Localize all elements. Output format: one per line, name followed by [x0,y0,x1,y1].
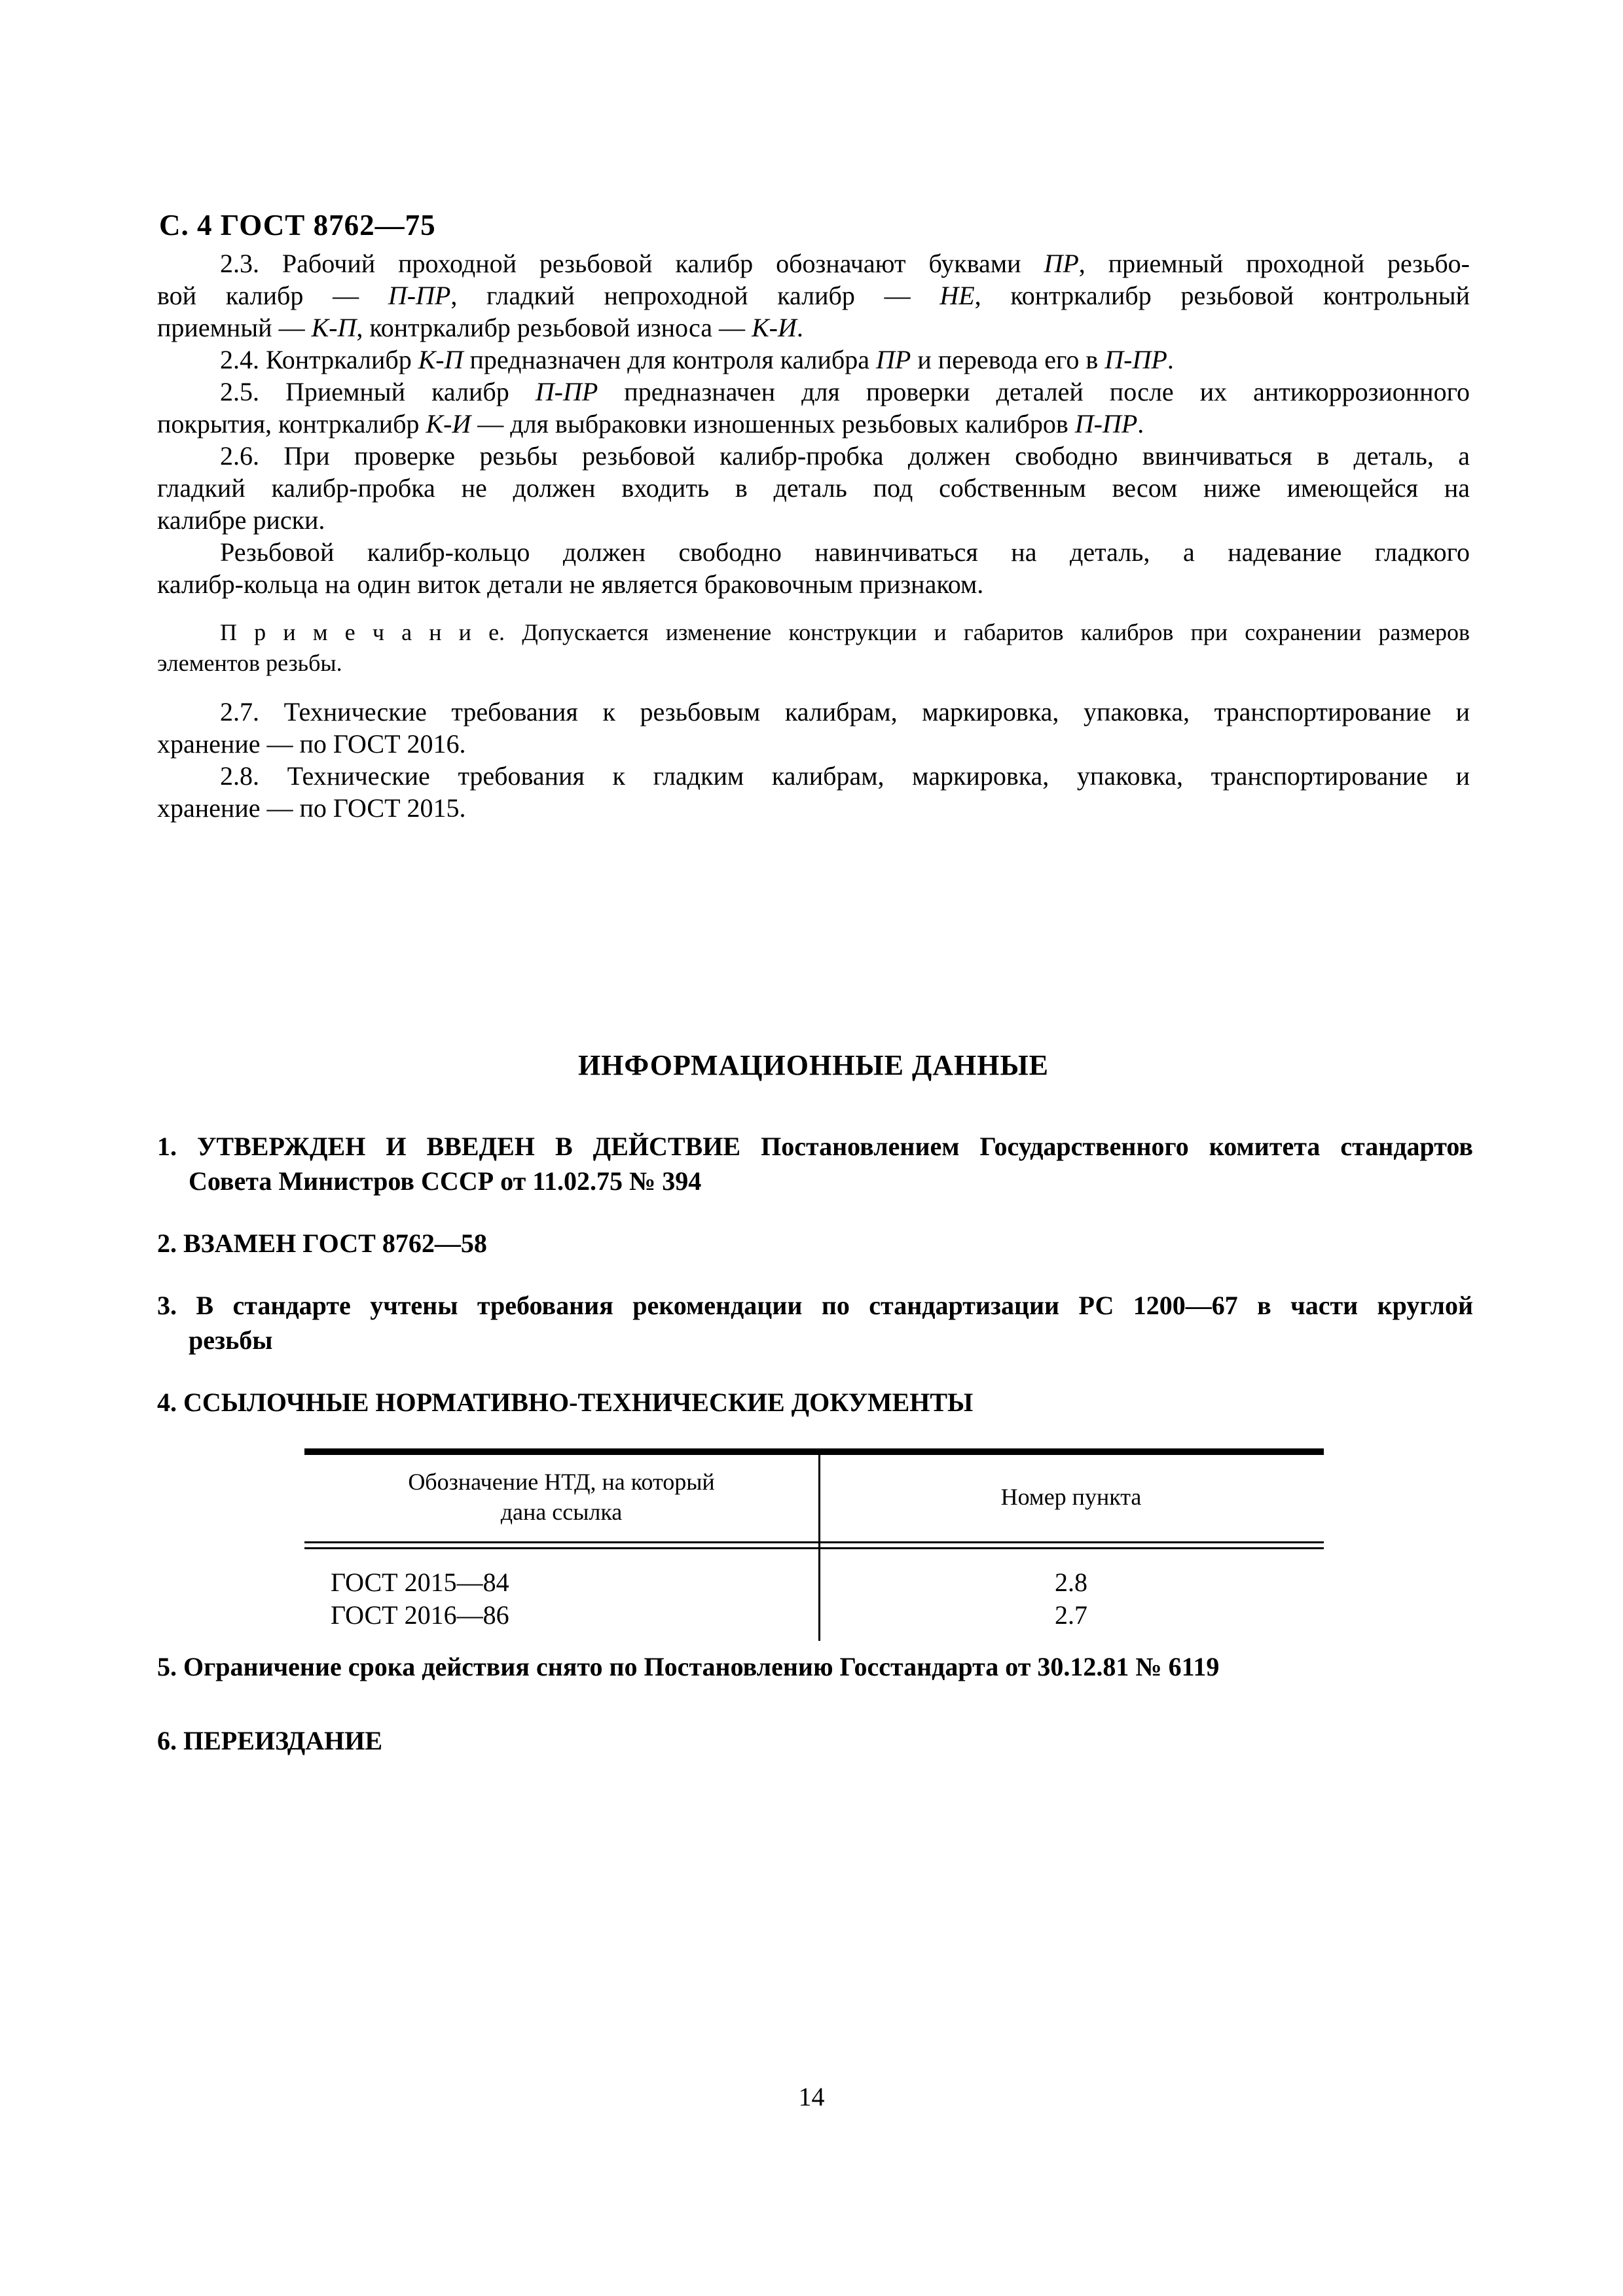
text-segment: резьбы [189,1325,272,1355]
text-line: 2.3. Рабочий проходной резьбовой калибр … [157,247,1470,279]
punkt-number-cell: 2.7 [818,1599,1324,1632]
info-items-1-4: 1. УТВЕРЖДЕН И ВВЕДЕН В ДЕЙСТВИЕ Постано… [157,1129,1473,1420]
text-segment: покрытия, контркалибр [157,409,426,439]
body-paragraph: 2.3. Рабочий проходной резьбовой калибр … [157,247,1470,344]
text-line: элементов резьбы. [157,648,1470,679]
text-segment: предназначен для контроля калибра [464,345,877,374]
ntd-designation-cell: ГОСТ 2015—84 [304,1566,818,1599]
table-col1-header: Обозначение НТД, на который дана ссылка [304,1467,818,1527]
text-line: П р и м е ч а н и е. Допускается изменен… [157,617,1470,648]
document-page: С. 4 ГОСТ 8762—75 2.3. Рабочий проходной… [0,0,1623,2296]
text-line: гладкий калибр-пробка не должен входить … [157,472,1470,504]
text-line: 2.4. Контркалибр К-П предназначен для ко… [157,344,1470,376]
body-paragraph: 2.6. При проверке резьбы резьбовой калиб… [157,440,1470,536]
text-line: Совета Министров СССР от 11.02.75 № 394 [157,1164,1473,1198]
text-segment: Совета Министров СССР от 11.02.75 № 394 [189,1166,701,1196]
text-line: 2.8. Технические требования к гладким ка… [157,760,1470,792]
calibre-designation: П-ПР [1075,409,1138,439]
ntd-designation-cell: ГОСТ 2016—86 [304,1599,818,1632]
text-segment: 2.3. Рабочий проходной резьбовой калибр … [220,249,1044,278]
page-number: 14 [0,2081,1623,2112]
text-line: приемный — К-П, контркалибр резьбовой из… [157,312,1470,344]
table-body: ГОСТ 2015—842.8ГОСТ 2016—862.7 [304,1549,1324,1632]
body-paragraph: 2.4. Контркалибр К-П предназначен для ко… [157,344,1470,376]
text-segment: элементов резьбы. [157,650,342,676]
text-line: 5. Ограничение срока действия снято по П… [157,1649,1473,1684]
text-segment: хранение — по ГОСТ 2016. [157,729,466,759]
text-line: Резьбовой калибр-кольцо должен свободно … [157,536,1470,568]
punkt-number-cell: 2.8 [818,1566,1324,1599]
calibre-designation: ПР [1044,249,1078,278]
calibre-designation: ПР [876,345,911,374]
text-segment: 4. ССЫЛОЧНЫЕ НОРМАТИВНО-ТЕХНИЧЕСКИЕ ДОКУ… [157,1388,973,1417]
text-line: хранение — по ГОСТ 2015. [157,792,1470,824]
table-col1-header-line1: Обозначение НТД, на который [304,1467,818,1497]
info-item: 5. Ограничение срока действия снято по П… [157,1649,1473,1684]
text-segment: Резьбовой калибр-кольцо должен свободно … [220,537,1470,567]
table-header-row: Обозначение НТД, на который дана ссылка … [304,1455,1324,1541]
table-col1-header-line2: дана ссылка [304,1497,818,1527]
text-segment: 5. Ограничение срока действия снято по П… [157,1652,1219,1681]
text-segment: . [1167,345,1174,374]
info-item: 6. ПЕРЕИЗДАНИЕ [157,1723,1473,1758]
text-segment: 2.7. Технические требования к резьбовым … [220,697,1470,726]
text-line: калибр-кольца на один виток детали не яв… [157,568,1470,600]
calibre-designation: К-И [426,409,471,439]
text-line: хранение — по ГОСТ 2016. [157,728,1470,760]
text-line: 6. ПЕРЕИЗДАНИЕ [157,1723,1473,1758]
body-paragraph: 2.8. Технические требования к гладким ка… [157,760,1470,824]
text-segment: 2.8. Технические требования к гладким ка… [220,761,1470,791]
text-segment: П р и м е ч а н и е. Допускается изменен… [220,619,1470,645]
text-segment: приемный — [157,313,312,342]
calibre-designation: П-ПР [536,377,598,406]
page-header: С. 4 ГОСТ 8762—75 [159,208,436,242]
text-segment: . [1137,409,1144,439]
reference-documents-table: Обозначение НТД, на который дана ссылка … [304,1448,1324,1641]
text-segment: 3. В стандарте учтены требования рекомен… [157,1291,1473,1320]
section-2-paragraphs: 2.3. Рабочий проходной резьбовой калибр … [157,247,1470,824]
info-item: 3. В стандарте учтены требования рекомен… [157,1288,1473,1357]
text-line: 2.7. Технические требования к резьбовым … [157,696,1470,728]
calibre-designation: П-ПР [388,281,451,310]
text-line: покрытия, контркалибр К-И — для выбраков… [157,408,1470,440]
text-segment: 2.6. При проверке резьбы резьбовой калиб… [220,441,1470,471]
text-segment: калибре риски. [157,505,325,535]
text-line: 2.5. Приемный калибр П-ПР предназначен д… [157,376,1470,408]
text-segment: 6. ПЕРЕИЗДАНИЕ [157,1726,382,1755]
info-item: 2. ВЗАМЕН ГОСТ 8762—58 [157,1226,1473,1261]
body-paragraph: 2.5. Приемный калибр П-ПР предназначен д… [157,376,1470,440]
text-segment: 1. УТВЕРЖДЕН И ВВЕДЕН В ДЕЙСТВИЕ Постано… [157,1132,1473,1161]
text-segment: , контркалибр резьбовой износа — [356,313,752,342]
body-paragraph: Резьбовой калибр-кольцо должен свободно … [157,536,1470,600]
table-row: ГОСТ 2016—862.7 [304,1599,1324,1632]
calibre-designation: К-П [312,313,357,342]
info-item: 1. УТВЕРЖДЕН И ВВЕДЕН В ДЕЙСТВИЕ Постано… [157,1129,1473,1198]
table-row: ГОСТ 2015—842.8 [304,1566,1324,1599]
table-col2-header: Номер пункта [818,1482,1324,1512]
text-line: калибре риски. [157,504,1470,536]
info-item: 4. ССЫЛОЧНЫЕ НОРМАТИВНО-ТЕХНИЧЕСКИЕ ДОКУ… [157,1385,1473,1420]
body-paragraph: 2.7. Технические требования к резьбовым … [157,696,1470,760]
text-segment: . [797,313,803,342]
text-segment: хранение — по ГОСТ 2015. [157,793,466,823]
text-segment: 2.5. Приемный калибр [220,377,536,406]
info-items-5-6: 5. Ограничение срока действия снято по П… [157,1649,1473,1797]
text-segment: — для выбраковки изношенных резьбовых ка… [471,409,1075,439]
calibre-designation: К-И [752,313,797,342]
calibre-designation: П-ПР [1104,345,1167,374]
text-line: вой калибр — П-ПР, гладкий непроходной к… [157,279,1470,312]
text-line: 1. УТВЕРЖДЕН И ВВЕДЕН В ДЕЙСТВИЕ Постано… [157,1129,1473,1164]
text-line: 3. В стандарте учтены требования рекомен… [157,1288,1473,1323]
text-segment: калибр-кольца на один виток детали не яв… [157,569,983,599]
text-segment: 2.4. Контркалибр [220,345,418,374]
text-segment: , контркалибр резьбовой контрольный [975,281,1470,310]
text-line: 2.6. При проверке резьбы резьбовой калиб… [157,440,1470,472]
table-header-double-rule [304,1541,1324,1549]
text-line: 2. ВЗАМЕН ГОСТ 8762—58 [157,1226,1473,1261]
text-segment: вой калибр — [157,281,388,310]
table-column-divider [818,1455,820,1641]
text-segment: гладкий калибр-пробка не должен входить … [157,473,1470,503]
text-line: 4. ССЫЛОЧНЫЕ НОРМАТИВНО-ТЕХНИЧЕСКИЕ ДОКУ… [157,1385,1473,1420]
calibre-designation: НЕ [939,281,974,310]
text-line: резьбы [157,1323,1473,1357]
text-segment: 2. ВЗАМЕН ГОСТ 8762—58 [157,1229,487,1258]
note-paragraph: П р и м е ч а н и е. Допускается изменен… [157,617,1470,679]
text-segment: , гладкий непроходной калибр — [450,281,939,310]
info-data-title: ИНФОРМАЦИОННЫЕ ДАННЫЕ [157,1049,1470,1082]
text-segment: , приемный проходной резьбо- [1079,249,1470,278]
text-segment: предназначен для проверки деталей после … [598,377,1470,406]
text-segment: и перевода его в [911,345,1104,374]
calibre-designation: К-П [418,345,464,374]
